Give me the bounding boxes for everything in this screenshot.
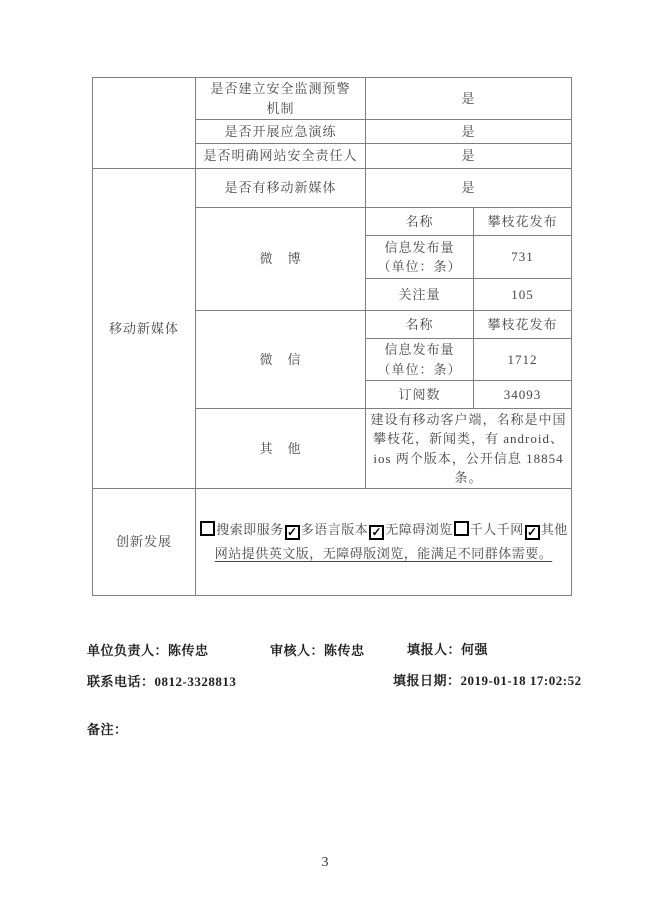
security-q2-value: 是 [366, 120, 572, 144]
table-row: 是否建立安全监测预警 机制 是 [93, 78, 572, 120]
wechat-posts-label: 信息发布量 （单位：条） [366, 339, 474, 381]
unit-head-field: 单位负责人：陈传忠 [87, 640, 209, 659]
weibo-name-value: 攀枝花发布 [474, 208, 572, 236]
option-label-personalized: 千人千网 [470, 522, 524, 537]
remarks-label: 备注： [87, 722, 128, 737]
weibo-posts-label-line1: 信息发布量 [368, 238, 471, 258]
category-cell-mobile-media: 移动新媒体 [93, 169, 196, 489]
weibo-followers-label: 关注量 [366, 279, 474, 311]
report-date-field: 填报日期：2019-01-18 17:02:52 [393, 670, 582, 689]
weibo-followers-value: 105 [474, 279, 572, 311]
phone-field: 联系电话：0812-3328813 [87, 671, 236, 690]
security-q1-label-line1: 是否建立安全监测预警 [198, 79, 363, 99]
security-q3-label: 是否明确网站安全责任人 [196, 144, 366, 169]
reviewer-label: 审核人： [270, 643, 324, 658]
option-label-search-as-service: 搜索即服务 [216, 522, 284, 537]
category-cell-empty [93, 78, 196, 169]
checkbox-multilingual-icon: ✓ [285, 525, 300, 540]
option-label-multilingual: 多语言版本 [301, 522, 369, 537]
page-number: 3 [0, 855, 650, 871]
unit-head-label: 单位负责人： [87, 643, 168, 658]
checkbox-search-as-service-icon [200, 521, 215, 536]
security-q1-label: 是否建立安全监测预警 机制 [196, 78, 366, 120]
document-page: 是否建立安全监测预警 机制 是 是否开展应急演练 是 是否明确网站安全责任人 是… [0, 0, 650, 919]
weibo-cell: 微 博 [196, 208, 366, 311]
innovation-note: 网站提供英文版，无障碍版浏览，能满足不同群体需要。 [198, 544, 569, 564]
wechat-posts-label-line2: （单位：条） [368, 360, 471, 380]
innovation-cell: 搜索即服务✓多语言版本✓无障碍浏览千人千网✓其他 网站提供英文版，无障碍版浏览，… [196, 489, 572, 596]
checkbox-personalized-icon [454, 521, 469, 536]
checkbox-accessibility-icon: ✓ [369, 525, 384, 540]
report-table: 是否建立安全监测预警 机制 是 是否开展应急演练 是 是否明确网站安全责任人 是… [92, 77, 572, 596]
wechat-cell: 微 信 [196, 311, 366, 409]
report-date-label: 填报日期： [393, 673, 461, 688]
remarks-field: 备注： [87, 719, 128, 738]
wechat-subscribers-label: 订阅数 [366, 381, 474, 409]
weibo-posts-label: 信息发布量 （单位：条） [366, 236, 474, 279]
wechat-posts-value: 1712 [474, 339, 572, 381]
filler-value: 何强 [461, 642, 488, 657]
other-media-cell: 其 他 [196, 409, 366, 489]
table-row: 创新发展 搜索即服务✓多语言版本✓无障碍浏览千人千网✓其他 网站提供英文版，无障… [93, 489, 572, 596]
phone-label: 联系电话： [87, 674, 155, 689]
has-mobile-label: 是否有移动新媒体 [196, 169, 366, 208]
table-row: 移动新媒体 是否有移动新媒体 是 [93, 169, 572, 208]
filler-label: 填报人： [407, 642, 461, 657]
security-q3-value: 是 [366, 144, 572, 169]
phone-value: 0812-3328813 [155, 674, 237, 689]
option-label-other: 其他 [541, 522, 568, 537]
wechat-name-value: 攀枝花发布 [474, 311, 572, 339]
wechat-posts-label-line1: 信息发布量 [368, 340, 471, 360]
has-mobile-value: 是 [366, 169, 572, 208]
reviewer-value: 陈传忠 [324, 643, 365, 658]
security-q1-value: 是 [366, 78, 572, 120]
checkbox-other-icon: ✓ [525, 525, 540, 540]
weibo-posts-label-line2: （单位：条） [368, 257, 471, 277]
weibo-posts-value: 731 [474, 236, 572, 279]
wechat-name-label: 名称 [366, 311, 474, 339]
filler-field: 填报人：何强 [407, 639, 488, 658]
reviewer-field: 审核人：陈传忠 [270, 640, 365, 659]
category-cell-innovation: 创新发展 [93, 489, 196, 596]
unit-head-value: 陈传忠 [168, 643, 209, 658]
other-media-description: 建设有移动客户端，名称是中国攀枝花，新闻类，有 android、ios 两个版本… [366, 409, 572, 489]
innovation-options-line: 搜索即服务✓多语言版本✓无障碍浏览千人千网✓其他 [198, 520, 569, 540]
weibo-name-label: 名称 [366, 208, 474, 236]
option-label-accessibility: 无障碍浏览 [385, 522, 453, 537]
security-q2-label: 是否开展应急演练 [196, 120, 366, 144]
report-date-value: 2019-01-18 17:02:52 [461, 673, 582, 688]
wechat-subscribers-value: 34093 [474, 381, 572, 409]
security-q1-label-line2: 机制 [198, 99, 363, 119]
